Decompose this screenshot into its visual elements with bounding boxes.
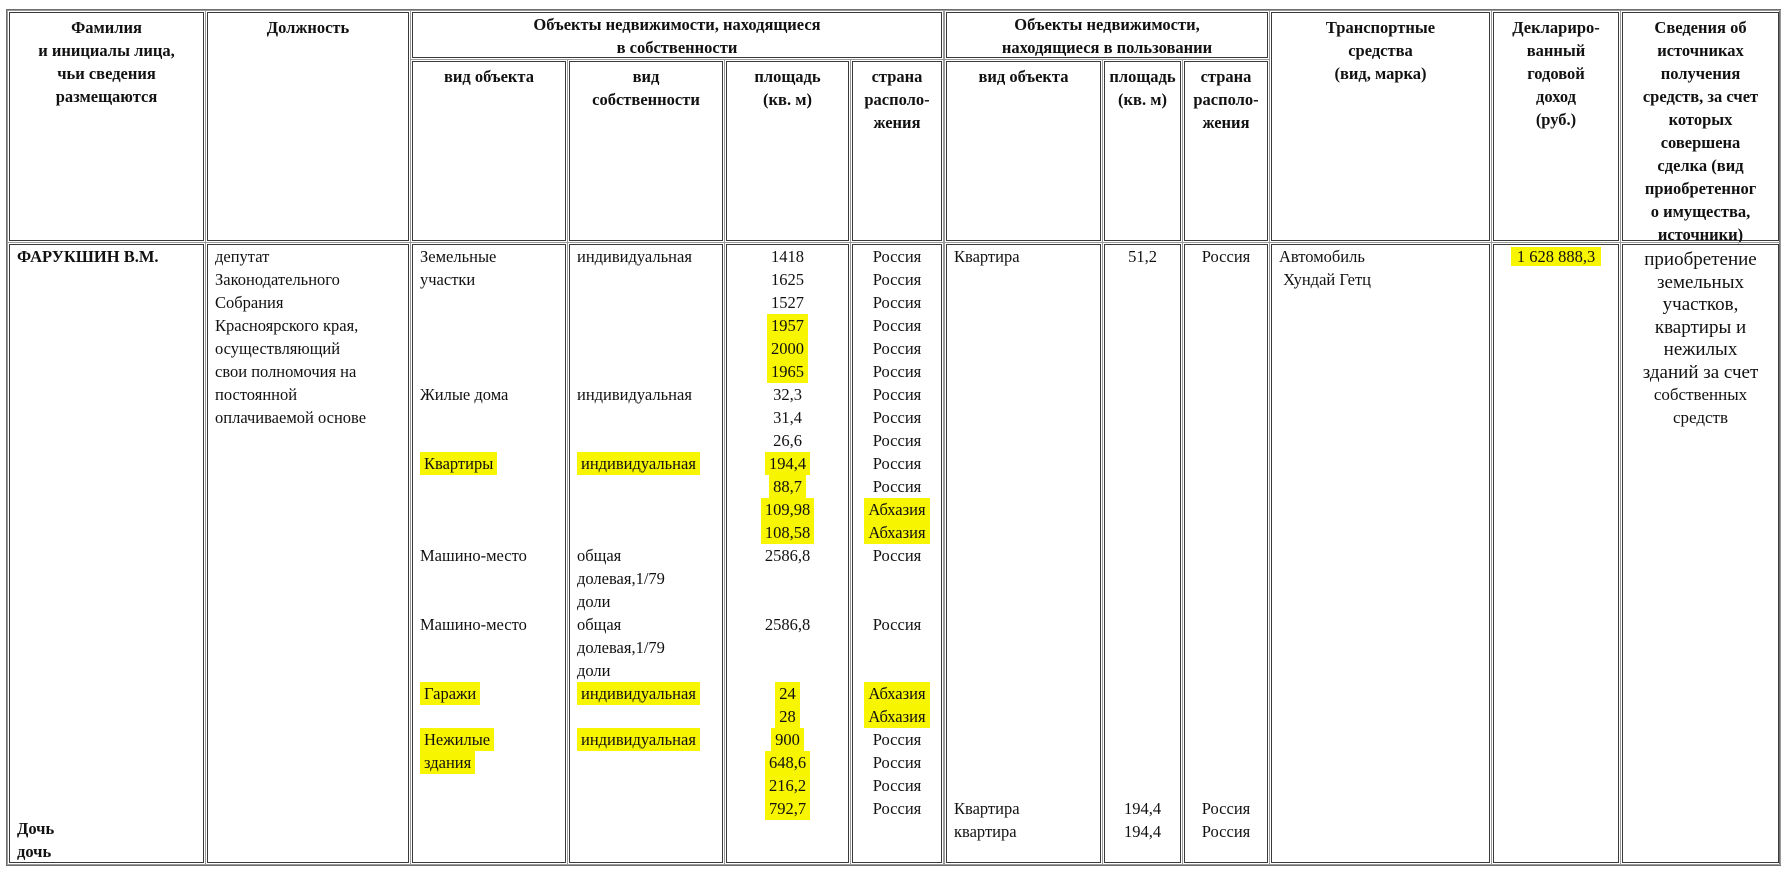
owned-country-value-text: Абхазия xyxy=(864,521,929,544)
income-cell: 1 628 888,3 xyxy=(1493,244,1619,863)
owned-object-type: Жилые дома xyxy=(413,383,565,406)
owned-country-value-text: Россия xyxy=(873,270,922,289)
relative-name: Дочь xyxy=(10,817,203,840)
owned-area-value: 32,3 xyxy=(727,383,848,406)
sources-line: земельных xyxy=(1623,272,1778,295)
header-owned-type: вид объекта xyxy=(412,61,566,241)
owned-area-value: 2586,8 xyxy=(727,613,848,636)
owned-object-type xyxy=(413,705,565,728)
owned-ownership-type xyxy=(570,337,722,360)
used-object-type-text: Квартира xyxy=(954,247,1020,266)
owned-ownership-type xyxy=(570,797,722,820)
owned-country-value-text: Россия xyxy=(873,799,922,818)
header-sources: Сведения об источниках получения средств… xyxy=(1622,12,1779,241)
owned-object-type: Машино-место xyxy=(413,544,565,567)
owned-country-value: Россия xyxy=(853,613,941,636)
position-line-text: оплачиваемой основе xyxy=(215,408,366,427)
owned-area-value: 31,4 xyxy=(727,406,848,429)
position-line-text: Красноярского края, xyxy=(215,316,358,335)
owned-country-value-text: Россия xyxy=(873,247,922,266)
owned-area-value: 2586,8 xyxy=(727,544,848,567)
vehicle-line-text: Хундай Гетц xyxy=(1279,270,1371,289)
used-country-value-text: Россия xyxy=(1202,247,1251,266)
owned-area-value: 194,4 xyxy=(727,452,848,475)
owned-area-value: 1527 xyxy=(727,291,848,314)
owned-country-value-text: Россия xyxy=(873,431,922,450)
owned-area-value-text: 28 xyxy=(775,705,800,728)
owned-country-value: Россия xyxy=(853,337,941,360)
header-used-type: вид объекта xyxy=(946,61,1101,241)
header-used-area: площадь (кв. м) xyxy=(1104,61,1181,241)
owned-area-value: 1418 xyxy=(727,245,848,268)
relative-used-object-type-text: квартира xyxy=(954,822,1017,841)
owned-area-value-text: 648,6 xyxy=(765,751,810,774)
position-line: депутат xyxy=(208,245,408,268)
sources-line: собственных xyxy=(1623,384,1778,407)
owned-area-value-text: 31,4 xyxy=(773,408,802,427)
owned-object-type xyxy=(413,406,565,429)
owned-country-value: Абхазия xyxy=(853,682,941,705)
owned-ownership-type xyxy=(570,406,722,429)
owned-area-value-text: 109,98 xyxy=(761,498,814,521)
owned-object-type-text: Гаражи xyxy=(420,682,480,705)
owned-area-value: 109,98 xyxy=(727,498,848,521)
header-owned-area: площадь (кв. м) xyxy=(726,61,849,241)
owned-area-value: 1965 xyxy=(727,360,848,383)
owned-area-value xyxy=(727,567,848,590)
owned-country-value: Россия xyxy=(853,383,941,406)
owned-country-value: Россия xyxy=(853,406,941,429)
owned-country-value: Россия xyxy=(853,314,941,337)
sources-line: зданий за счет xyxy=(1623,362,1778,385)
owned-area-value: 1625 xyxy=(727,268,848,291)
used-object-type: Квартира xyxy=(947,245,1100,268)
owned-country-value: Россия xyxy=(853,751,941,774)
owned-country-value-text: Россия xyxy=(873,477,922,496)
owned-object-type: Нежилые xyxy=(413,728,565,751)
owned-area-value: 792,7 xyxy=(727,797,848,820)
position-line: Законодательного xyxy=(208,268,408,291)
owned-country-value-text: Абхазия xyxy=(864,682,929,705)
owned-country-value-text: Россия xyxy=(873,615,922,634)
owned-area-value-text: 792,7 xyxy=(765,797,810,820)
header-income: Деклариро- ванный годовой доход (руб.) xyxy=(1493,12,1619,241)
owned-country-value: Россия xyxy=(853,452,941,475)
owned-area-value: 24 xyxy=(727,682,848,705)
owned-object-type xyxy=(413,475,565,498)
owned-object-type xyxy=(413,521,565,544)
owned-area-value: 108,58 xyxy=(727,521,848,544)
owned-country-value: Россия xyxy=(853,797,941,820)
owned-ownership-type xyxy=(570,291,722,314)
owned-object-type-text: Жилые дома xyxy=(420,385,508,404)
owned-area-value-text: 2586,8 xyxy=(765,615,810,634)
header-owned-country: страна располо- жения xyxy=(852,61,942,241)
owned-object-type-text: Машино-место xyxy=(420,546,527,565)
relative-name-text: Дочь xyxy=(17,819,54,838)
owned-country-value-text: Россия xyxy=(873,362,922,381)
vehicle-line-text: Автомобиль xyxy=(1279,247,1365,266)
owned-area-value-text: 1527 xyxy=(771,293,804,312)
income-value: 1 628 888,3 xyxy=(1511,247,1601,266)
position-line-text: постоянной xyxy=(215,385,297,404)
relative-name: дочь xyxy=(10,840,203,863)
owned-country-value-text: Россия xyxy=(873,753,922,772)
position-line-text: Законодательного xyxy=(215,270,340,289)
relative-used-area-value: 194,4 xyxy=(1105,797,1180,820)
owned-area-value-text: 32,3 xyxy=(773,385,802,404)
owned-area-value xyxy=(727,590,848,613)
owned-object-type-text: Квартиры xyxy=(420,452,497,475)
owned-country-value-text: Россия xyxy=(873,546,922,565)
owned-ownership-type xyxy=(570,475,722,498)
owned-ownership-type: индивидуальная xyxy=(570,452,722,475)
position-line: постоянной xyxy=(208,383,408,406)
position-line: Красноярского края, xyxy=(208,314,408,337)
owned-country-value: Россия xyxy=(853,429,941,452)
owned-type-cell: ЗемельныеучасткиЖилые домаКвартирыМашино… xyxy=(412,244,566,863)
used-area-cell: 51,2194,4194,4 xyxy=(1104,244,1181,863)
owned-country-value: Россия xyxy=(853,475,941,498)
owned-ownership-type-text: долевая,1/79 xyxy=(577,569,665,588)
owned-area-value: 216,2 xyxy=(727,774,848,797)
header-owned-ownership: вид собственности xyxy=(569,61,723,241)
owned-object-type: Земельные xyxy=(413,245,565,268)
owned-ownership-type-text: индивидуальная xyxy=(577,728,700,751)
owned-area-value: 1957 xyxy=(727,314,848,337)
owned-country-value-text: Россия xyxy=(873,385,922,404)
vehicles-cell: Автомобиль Хундай Гетц xyxy=(1271,244,1490,863)
owned-ownership-type: долевая,1/79 xyxy=(570,567,722,590)
owned-ownership-type-text: индивидуальная xyxy=(577,247,692,266)
owned-area-value: 28 xyxy=(727,705,848,728)
owned-ownership-type xyxy=(570,521,722,544)
owned-country-value xyxy=(853,636,941,659)
owned-area-value-text: 1965 xyxy=(767,360,808,383)
relative-used-object-type: квартира xyxy=(947,820,1100,843)
owned-object-type xyxy=(413,291,565,314)
owned-object-type-text: участки xyxy=(420,270,475,289)
position-line: осуществляющий xyxy=(208,337,408,360)
owned-ownership-type-text: общая xyxy=(577,615,621,634)
sources-line: нежилых xyxy=(1623,339,1778,362)
owned-ownership-type xyxy=(570,705,722,728)
position-line-text: депутат xyxy=(215,247,269,266)
owned-area-value-text: 24 xyxy=(775,682,800,705)
owned-area-value-text: 26,6 xyxy=(773,431,802,450)
owned-area-value-text: 2586,8 xyxy=(765,546,810,565)
owned-ownership-type xyxy=(570,429,722,452)
owned-ownership-type-text: индивидуальная xyxy=(577,452,700,475)
person-position-cell: депутатЗаконодательногоСобранияКрасноярс… xyxy=(207,244,409,863)
owned-country-value xyxy=(853,567,941,590)
relative-used-country-value: Россия xyxy=(1185,797,1267,820)
used-country-value: Россия xyxy=(1185,245,1267,268)
owned-object-type xyxy=(413,636,565,659)
owned-object-type: здания xyxy=(413,751,565,774)
used-area-value-text: 51,2 xyxy=(1128,247,1157,266)
owned-country-value: Россия xyxy=(853,544,941,567)
owned-object-type-text: Нежилые xyxy=(420,728,494,751)
owned-area-value: 900 xyxy=(727,728,848,751)
owned-ownership-type-text: доли xyxy=(577,661,611,680)
owned-ownership-type: общая xyxy=(570,544,722,567)
owned-area-value-text: 900 xyxy=(771,728,804,751)
vehicle-line: Автомобиль xyxy=(1272,245,1489,268)
sources-line: квартиры и xyxy=(1623,317,1778,340)
owned-area-value-text: 1957 xyxy=(767,314,808,337)
owned-country-value: Абхазия xyxy=(853,498,941,521)
position-line-text: свои полномочия на xyxy=(215,362,356,381)
owned-object-type: Машино-место xyxy=(413,613,565,636)
owned-object-type xyxy=(413,659,565,682)
relative-used-object-type: Квартира xyxy=(947,797,1100,820)
owned-country-value-text: Россия xyxy=(873,776,922,795)
position-line: оплачиваемой основе xyxy=(208,406,408,429)
owned-country-value-text: Россия xyxy=(873,408,922,427)
owned-ownership-type: индивидуальная xyxy=(570,682,722,705)
owned-object-type: участки xyxy=(413,268,565,291)
owned-object-type xyxy=(413,590,565,613)
owned-object-type xyxy=(413,774,565,797)
header-name: Фамилия и инициалы лица, чьи сведения ра… xyxy=(9,12,204,241)
owned-ownership-type: индивидуальная xyxy=(570,245,722,268)
owned-ownership-type xyxy=(570,498,722,521)
owned-ownership-type-text: общая xyxy=(577,546,621,565)
owned-area-value: 26,6 xyxy=(727,429,848,452)
header-used-group: Объекты недвижимости, находящиеся в поль… xyxy=(946,12,1268,58)
relative-used-area-value-text: 194,4 xyxy=(1124,822,1161,841)
owned-country-value-text: Россия xyxy=(873,293,922,312)
header-used-country: страна располо- жения xyxy=(1184,61,1268,241)
used-country-cell: РоссияРоссияРоссия xyxy=(1184,244,1268,863)
relative-used-country-value-text: Россия xyxy=(1202,822,1251,841)
sources-line: средств xyxy=(1623,407,1778,430)
person-name-cell: ФАРУКШИН В.М. Дочьдочь xyxy=(9,244,204,863)
owned-area-value-text: 88,7 xyxy=(769,475,806,498)
owned-ownership-type xyxy=(570,360,722,383)
owned-ownership-type: общая xyxy=(570,613,722,636)
owned-country-value: Абхазия xyxy=(853,521,941,544)
owned-area-value xyxy=(727,659,848,682)
owned-object-type xyxy=(413,567,565,590)
vehicle-line: Хундай Гетц xyxy=(1272,268,1489,291)
owned-area-value-text: 2000 xyxy=(767,337,808,360)
owned-object-type xyxy=(413,498,565,521)
owned-area-value-text: 1625 xyxy=(771,270,804,289)
relative-used-country-value: Россия xyxy=(1185,820,1267,843)
relative-used-area-value: 194,4 xyxy=(1105,820,1180,843)
owned-country-value-text: Абхазия xyxy=(864,705,929,728)
owned-ownership-type-text: долевая,1/79 xyxy=(577,638,665,657)
sources-line: участков, xyxy=(1623,294,1778,317)
position-line: Собрания xyxy=(208,291,408,314)
owned-country-value: Россия xyxy=(853,245,941,268)
owned-country-value-text: Россия xyxy=(873,316,922,335)
owned-ownership-cell: индивидуальнаяиндивидуальнаяиндивидуальн… xyxy=(569,244,723,863)
owned-object-type xyxy=(413,360,565,383)
header-owned-group: Объекты недвижимости, находящиеся в собс… xyxy=(412,12,942,58)
owned-country-value-text: Россия xyxy=(873,730,922,749)
owned-country-value: Россия xyxy=(853,774,941,797)
owned-ownership-type xyxy=(570,314,722,337)
owned-object-type-text: Земельные xyxy=(420,247,496,266)
used-area-value: 51,2 xyxy=(1105,245,1180,268)
owned-country-value-text: Россия xyxy=(873,454,922,473)
owned-country-value: Россия xyxy=(853,728,941,751)
owned-area-cell: 14181625152719572000196532,331,426,6194,… xyxy=(726,244,849,863)
owned-object-type-text: Машино-место xyxy=(420,615,527,634)
owned-ownership-type: доли xyxy=(570,659,722,682)
position-line: свои полномочия на xyxy=(208,360,408,383)
owned-area-value xyxy=(727,636,848,659)
owned-object-type: Гаражи xyxy=(413,682,565,705)
owned-area-value-text: 216,2 xyxy=(765,774,810,797)
owned-country-value: Абхазия xyxy=(853,705,941,728)
owned-country-value: Россия xyxy=(853,268,941,291)
owned-country-value: Россия xyxy=(853,360,941,383)
owned-ownership-type: индивидуальная xyxy=(570,728,722,751)
owned-area-value-text: 1418 xyxy=(771,247,804,266)
owned-ownership-type: доли xyxy=(570,590,722,613)
owned-area-value: 2000 xyxy=(727,337,848,360)
position-line-text: Собрания xyxy=(215,293,283,312)
owned-ownership-type-text: доли xyxy=(577,592,611,611)
owned-area-value: 648,6 xyxy=(727,751,848,774)
owned-ownership-type: индивидуальная xyxy=(570,383,722,406)
owned-ownership-type xyxy=(570,751,722,774)
owned-country-value: Россия xyxy=(853,291,941,314)
owned-object-type xyxy=(413,797,565,820)
owned-object-type xyxy=(413,429,565,452)
owned-object-type xyxy=(413,337,565,360)
owned-area-value-text: 194,4 xyxy=(765,452,810,475)
used-type-cell: КвартираКвартираквартира xyxy=(946,244,1101,863)
person-name: ФАРУКШИН В.М. xyxy=(10,245,203,268)
owned-country-value-text: Абхазия xyxy=(864,498,929,521)
relative-name-text: дочь xyxy=(17,842,51,861)
owned-ownership-type xyxy=(570,774,722,797)
owned-area-value-text: 108,58 xyxy=(761,521,814,544)
owned-country-value xyxy=(853,590,941,613)
relative-used-object-type-text: Квартира xyxy=(954,799,1020,818)
owned-object-type-text: здания xyxy=(420,751,475,774)
owned-country-value-text: Россия xyxy=(873,339,922,358)
owned-ownership-type-text: индивидуальная xyxy=(577,385,692,404)
position-line-text: осуществляющий xyxy=(215,339,340,358)
owned-ownership-type: долевая,1/79 xyxy=(570,636,722,659)
owned-object-type: Квартиры xyxy=(413,452,565,475)
owned-country-value xyxy=(853,659,941,682)
owned-ownership-type-text: индивидуальная xyxy=(577,682,700,705)
relative-used-area-value-text: 194,4 xyxy=(1124,799,1161,818)
owned-ownership-type xyxy=(570,268,722,291)
sources-line: приобретение xyxy=(1623,249,1778,272)
header-position: Должность xyxy=(207,12,409,241)
header-vehicles: Транспортные средства (вид, марка) xyxy=(1271,12,1490,241)
owned-object-type xyxy=(413,314,565,337)
owned-area-value: 88,7 xyxy=(727,475,848,498)
relative-used-country-value-text: Россия xyxy=(1202,799,1251,818)
sources-cell: приобретениеземельныхучастков,квартиры и… xyxy=(1622,244,1779,863)
owned-country-cell: РоссияРоссияРоссияРоссияРоссияРоссияРосс… xyxy=(852,244,942,863)
